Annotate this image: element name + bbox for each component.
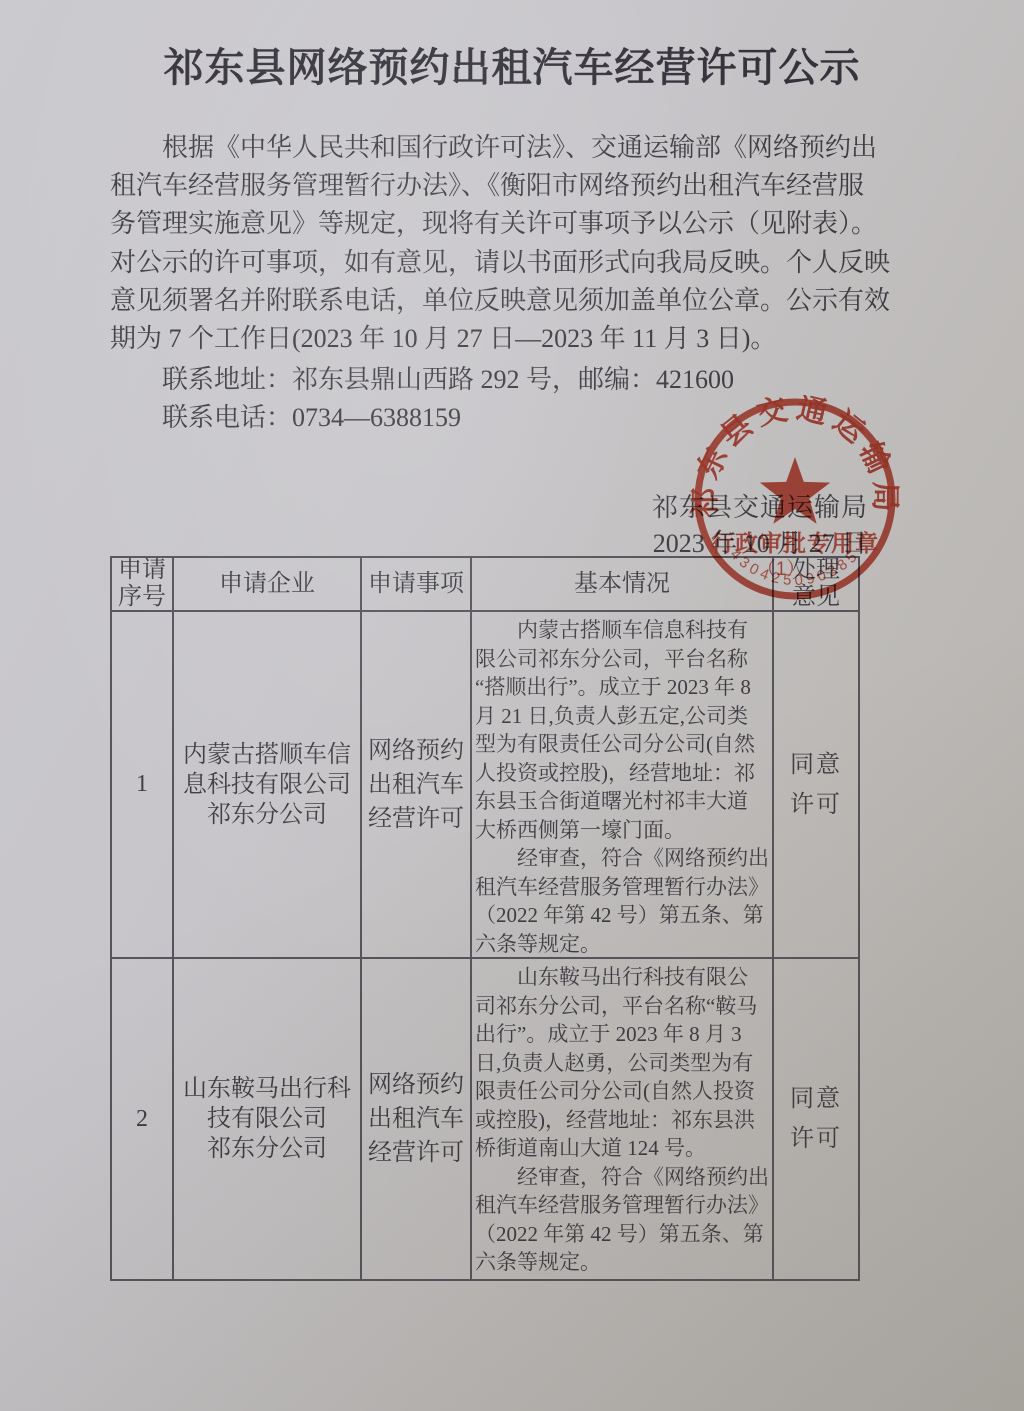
table-row-1-company: 内蒙古搭顺车信 息科技有限公司 祁东分公司 — [174, 612, 362, 959]
intro-paragraph: 根据《中华人民共和国行政许可法》、交通运输部《网络预约出 租汽车经营服务管理暂行… — [110, 129, 914, 358]
table-row-1-decision: 同意 许可 — [774, 612, 860, 959]
table-header-item: 申请事项 — [362, 558, 472, 612]
table-row-1-no: 1 — [112, 612, 174, 959]
table-header-details: 基本情况 — [472, 558, 774, 612]
table-row-1-details: 内蒙古搭顺车信息科技有 限公司祁东分公司，平台名称 “搭顺出行”。成立于 202… — [472, 612, 774, 959]
table-header-decision: 处理 意见 — [774, 558, 860, 612]
signature-date: 2023 年 10 月 27 日 — [620, 523, 900, 560]
table-header-no: 申请 序号 — [112, 558, 174, 612]
table-row-2-item: 网络预约 出租汽车 经营许可 — [362, 959, 472, 1281]
table-row-2-details: 山东鞍马出行科技有限公 司祁东分公司，平台名称“鞍马 出行”。成立于 2023 … — [472, 959, 774, 1281]
contact-phone-line: 联系电话：0734—6388159 — [110, 397, 461, 434]
contact-address-line: 联系地址：祁东县鼎山西路 292 号，邮编：421600 — [110, 359, 734, 396]
table-row-2-no: 2 — [112, 959, 174, 1281]
permit-table: 申请 序号 申请企业 申请事项 基本情况 处理 意见 1 内蒙古搭顺车信 息科技… — [110, 556, 860, 1281]
signature-org: 祁东县交通运输局 — [640, 487, 880, 524]
document-photo: 祁东县网络预约出租汽车经营许可公示 根据《中华人民共和国行政许可法》、交通运输部… — [0, 0, 1024, 1411]
table-row-2-decision: 同意 许可 — [774, 959, 860, 1281]
table-header-company: 申请企业 — [174, 558, 362, 612]
table-row-2-company: 山东鞍马出行科 技有限公司 祁东分公司 — [174, 959, 362, 1281]
table-row-1-item: 网络预约 出租汽车 经营许可 — [362, 612, 472, 959]
page-title: 祁东县网络预约出租汽车经营许可公示 — [0, 36, 1024, 93]
